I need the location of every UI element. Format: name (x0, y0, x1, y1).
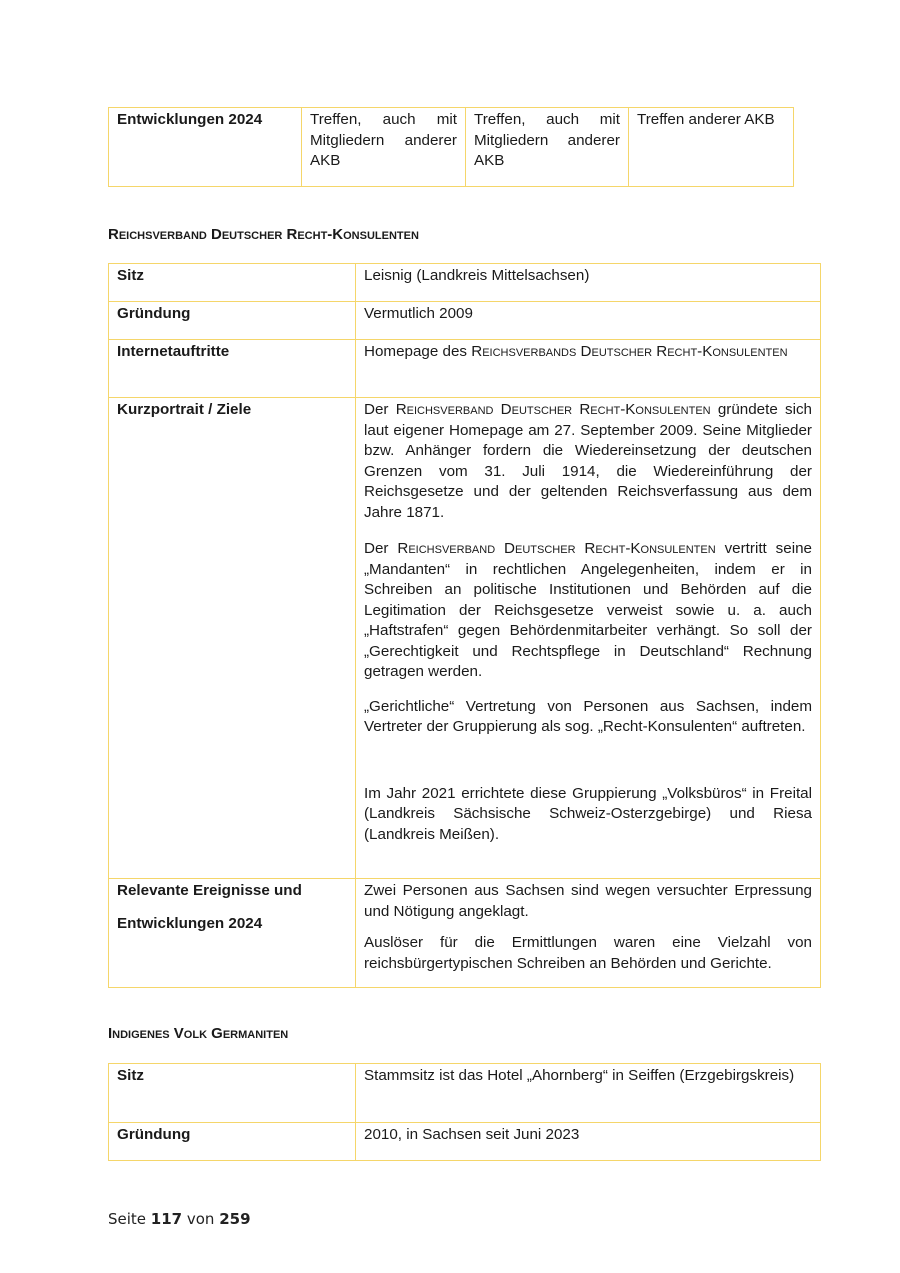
paragraph: Auslöser für die Ermittlungen waren eine… (364, 933, 812, 974)
organization-name: Reichsverband Deutscher Recht-Konsulente… (396, 401, 711, 418)
organization-name: Reichsverbands Deutscher Recht-Konsulent… (471, 343, 787, 360)
row-label: Gründung (109, 1123, 356, 1161)
row-value: Homepage des Reichsverbands Deutscher Re… (356, 340, 821, 398)
row-value: Stammsitz ist das Hotel „Ahornberg“ in S… (356, 1064, 821, 1123)
paragraph: Der Reichsverband Deutscher Recht-Konsul… (364, 400, 812, 523)
row-label: Entwicklungen 2024 (109, 108, 302, 187)
text: gründete sich laut eigener Homepage am 2… (364, 401, 812, 521)
text: von (182, 1210, 219, 1228)
text: vertritt seine „Mandanten“ in rechtliche… (364, 540, 812, 680)
label-line: Entwicklungen 2024 (117, 914, 347, 935)
organization-table-germaniten: Sitz Stammsitz ist das Hotel „Ahornberg“… (108, 1063, 821, 1161)
table-cell: Treffen, auch mit Mitgliedern anderer AK… (466, 108, 629, 187)
table-row-internet: Internetauftritte Homepage des Reichsver… (109, 340, 821, 398)
table-cell: Treffen anderer AKB (629, 108, 794, 187)
text: Homepage des (364, 343, 471, 360)
row-value: 2010, in Sachsen seit Juni 2023 (356, 1123, 821, 1161)
row-label: Kurzportrait / Ziele (109, 398, 356, 879)
paragraph: Im Jahr 2021 errichtete diese Gruppierun… (364, 784, 812, 846)
organization-table-reichsverband: Sitz Leisnig (Landkreis Mittelsachsen) G… (108, 263, 821, 988)
table-row-sitz: Sitz Leisnig (Landkreis Mittelsachsen) (109, 264, 821, 302)
paragraph: Zwei Personen aus Sachsen sind wegen ver… (364, 881, 812, 922)
row-value: Zwei Personen aus Sachsen sind wegen ver… (356, 879, 821, 988)
text: Der (364, 401, 396, 418)
previous-table-continuation: Entwicklungen 2024 Treffen, auch mit Mit… (108, 107, 794, 187)
table-row: Entwicklungen 2024 Treffen, auch mit Mit… (109, 108, 794, 187)
label-line: Relevante Ereignisse und (117, 881, 347, 902)
total-pages: 259 (219, 1210, 250, 1228)
section-heading: Indigenes Volk Germaniten (108, 1025, 288, 1042)
row-label: Sitz (109, 1064, 356, 1123)
current-page: 117 (151, 1210, 182, 1228)
row-label: Gründung (109, 302, 356, 340)
row-label: Relevante Ereignisse und Entwicklungen 2… (109, 879, 356, 988)
table-row-kurzportrait: Kurzportrait / Ziele Der Reichsverband D… (109, 398, 821, 879)
row-value: Der Reichsverband Deutscher Recht-Konsul… (356, 398, 821, 879)
organization-name: Reichsverband Deutscher Recht-Konsulente… (397, 540, 715, 557)
table-row-sitz: Sitz Stammsitz ist das Hotel „Ahornberg“… (109, 1064, 821, 1123)
row-value: Leisnig (Landkreis Mittelsachsen) (356, 264, 821, 302)
text: Der (364, 540, 397, 557)
table-row-ereignisse: Relevante Ereignisse und Entwicklungen 2… (109, 879, 821, 988)
row-value: Vermutlich 2009 (356, 302, 821, 340)
text: Seite (108, 1210, 151, 1228)
paragraph: „Gerichtliche“ Vertretung von Personen a… (364, 697, 812, 738)
table-row-gruendung: Gründung Vermutlich 2009 (109, 302, 821, 340)
row-label: Sitz (109, 264, 356, 302)
page-number-footer: Seite 117 von 259 (108, 1210, 251, 1228)
section-heading: Reichsverband Deutscher Recht-Konsulente… (108, 226, 419, 243)
paragraph: Der Reichsverband Deutscher Recht-Konsul… (364, 539, 812, 683)
table-cell: Treffen, auch mit Mitgliedern anderer AK… (302, 108, 466, 187)
row-label: Internetauftritte (109, 340, 356, 398)
table-row-gruendung: Gründung 2010, in Sachsen seit Juni 2023 (109, 1123, 821, 1161)
